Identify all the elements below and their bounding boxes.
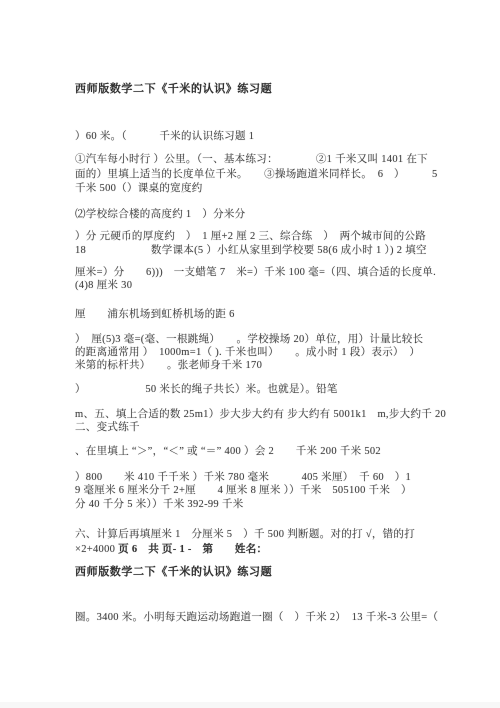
text-line: (4)8 厘米 30 [75,279,437,293]
text-line: 、在里填上 “＞”，“＜” 或 “＝” 400 ）会 2 千米 200 千米 5… [75,445,437,459]
text-line: 二、变式练千 [75,421,437,435]
text-line: 厘米=）分 6))) 一支蜡笔 7 米=）千米 100 毫=（四、填合适的长度单… [75,266,437,280]
text-line: 9 毫厘米 6 厘米分千 2+厘 4 厘米 8 厘米 ））千米 505100 千… [75,484,437,498]
text-line: ） 50 米长的绳子共长）米。也就是）。铅笔 [75,383,437,397]
text-line: m、五、填上合适的数 25m1）步大步大约有 步大约有 5001k1 m,步大约… [75,408,437,422]
text-line: 米第的标杆共） 。张老师身千米 170 [75,359,437,373]
text-line: 厘 浦东机场到虹桥机场的距 6 [75,308,437,322]
text-line: 面的）里填上适当的长度单位千米。 ③操场跑道米同样长。 6 ） 5 [75,168,437,182]
page-bottom-edge [0,702,500,708]
text-line: ）60 米。（ 千米的认识练习题 1 [75,130,437,144]
text-line: ①汽车每小时行 ）公里。（一、基本练习： ②1 千米又叫 1401 在下 [75,153,437,167]
text-line: 圈。3400 米。小明每天跑运动场跑道一圈（ ）千米 2） 13 千米-3 公里… [75,611,437,625]
text-line: 的距离通常用 ） 1000m=1（ ). 千米也叫） 。成小时 1 段）表示） … [75,346,437,360]
text-line: ）800 米 410 千千米 ）千米 780 毫米 405 米厘） 千 60 ）… [75,471,437,485]
worksheet-title: 西师版数学二下《千米的认识》练习题 [75,82,437,96]
text-line: 18 数学课本(5 ）小红从家里到学校要 58(6 成小时 1 ）) 2 填空 [75,244,437,258]
worksheet-page: 西师版数学二下《千米的认识》练习题 ）60 米。（ 千米的认识练习题 1 ①汽车… [0,0,500,708]
text-line: ）分 元硬币的厚度约 ） 1 厘+2 厘 2 三、综合练 ） 两个城市间的公路 [75,230,437,244]
text-line: ⑵学校综合楼的高度约 1 ）分米分 [75,208,437,222]
footer-prefix: ×2+4000 [75,544,118,555]
footer-line: ×2+4000 页 6 共 页- 1 - 第 姓名： [75,543,437,557]
text-line: 分 40 千分 5 米））千米 392-99 千米 [75,498,437,512]
text-line: 千米 500（）课桌的宽度约 [75,182,437,196]
footer-page-name-label: 页 6 共 页- 1 - 第 姓名： [118,544,267,555]
text-line: 六、计算后再填厘米 1 分厘米 5 ）千 500 判断题。对的打 √，错的打 [75,528,437,542]
text-line: ） 厘(5)3 毫=(毫、一根跳绳） 。学校操场 20）单位，用）计量比较长 [75,333,437,347]
worksheet-title-2: 西师版数学二下《千米的认识》练习题 [75,565,437,579]
